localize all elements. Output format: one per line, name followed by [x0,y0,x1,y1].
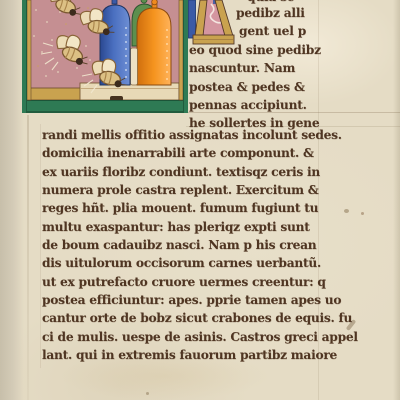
miniature-frame [22,100,188,113]
beehive-orange [137,0,171,85]
text-line: eo quod sine pedibz [189,41,331,59]
page-edge-shadow-right [393,0,400,400]
text-line: gent uel p [239,22,331,40]
text-line: de boum cadauibz nasci. Nam p his crean [42,236,352,254]
text-line: lant. qui in extremis fauorum partibz ma… [42,346,352,364]
bee-hive-miniature [22,0,188,113]
text-line: nascuntur. Nam [189,59,331,77]
ruling-line-vertical [40,124,41,368]
text-line: ci de mulis. uespe de asinis. Castros gr… [42,328,352,346]
text-line: pennas accipiunt. [189,96,331,114]
page-edge-shadow-left [0,0,24,400]
text-line: randi mellis offitio assignatas incolunt… [42,126,352,144]
manuscript-page: quia se pedibz alli gent uel p eo quod s… [0,0,400,400]
text-line: pedibz alli [236,4,331,22]
text-line: multu exaspantur: has pleriqz expti sunt [42,218,352,236]
text-line: numera prole castra replent. Exercitum & [42,181,352,199]
text-line: reges hñt. plia mouent. fumum fugiunt tu [42,199,352,217]
hive-bench [80,83,179,100]
main-text-block: randi mellis offitio assignatas incolunt… [42,126,352,364]
parchment-crease [27,115,29,400]
hive-stand-pillar [131,48,138,85]
text-line: postea & pedes & [189,78,331,96]
right-column-text: quia se pedibz alli gent uel p eo quod s… [189,0,331,133]
text-line: ex uariis floribz condiunt. textisqz cer… [42,163,352,181]
text-line: postea efficiuntur: apes. pprie tamen ap… [42,291,352,309]
text-line: dis uitulorum occisorum carnes uerbantũ. [42,254,352,272]
text-line: ut ex putrefacto cruore uermes creentur:… [42,273,352,291]
text-line: cantur orte de bobz sicut crabones de eq… [42,309,352,327]
text-line: domicilia inenarrabili arte componunt. & [42,144,352,162]
parchment-stain [361,212,364,215]
